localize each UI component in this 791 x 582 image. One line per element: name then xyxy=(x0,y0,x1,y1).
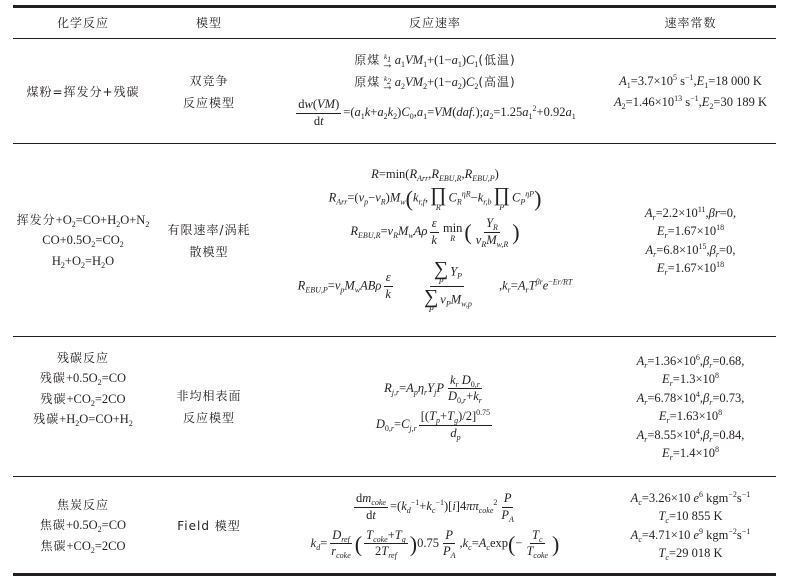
row3-rate: Rj,r=ApηrYjPkr D0,rD0,r+kr D0,r=Cj,r[(Tp… xyxy=(265,338,605,476)
constant-line: Ac=3.26×10 e6 kgm−2s−1 xyxy=(631,492,751,505)
constant-line: Er=1.3×108 xyxy=(662,373,719,386)
rate-eq-ebu-r: REBU,R=vRMwAρεkminR(YRvRMw,R) xyxy=(350,217,519,248)
arrow-icon: k2→ xyxy=(381,77,394,91)
constant-line: Ar=2.2×1011,βr=0, xyxy=(645,207,736,220)
model-text: 散模型 xyxy=(189,246,228,258)
header-rate-constant: 速率常数 xyxy=(605,8,776,38)
raw-coal-label: 原煤 xyxy=(354,53,380,67)
rate-eq-diffusion: D0,r=Cj,r[(Tp+Tg)/2]0.75dp xyxy=(376,410,494,441)
bottom-rule xyxy=(13,573,776,576)
row3-model: 非均相表面 反应模型 xyxy=(153,338,265,476)
constant-line: Tc=10 855 K xyxy=(658,510,722,523)
row2-rate: R=min(RArr,REBU,R,REBU,P) RArr=(vp−vR)Mw… xyxy=(265,145,605,336)
raw-coal-label: 原煤 xyxy=(354,75,380,89)
model-text: 双竞争 xyxy=(189,75,228,87)
row2-constants: Ar=2.2×1011,βr=0, Er=1.67×1018 Ar=6.8×10… xyxy=(605,145,776,336)
constant-line: Er=1.67×1018 xyxy=(657,262,724,275)
row2-model: 有限速率/涡耗 散模型 xyxy=(153,145,265,336)
rate-eq-high-temp: 原煤k2→a2VM2+(1−a2)C2(高温) xyxy=(354,76,515,90)
header-model: 模型 xyxy=(153,8,265,38)
rate-eq-low-temp: 原煤k1→a1VM1+(1−a1)C1(低温) xyxy=(354,54,515,68)
reaction-title: 焦炭反应 xyxy=(57,499,109,511)
rate-eq-surface: Rj,r=ApηrYjPkr D0,rD0,r+kr xyxy=(384,374,486,405)
header-rate: 反应速率 xyxy=(265,8,605,38)
reaction-text: 残碳+H2O=CO+H2 xyxy=(33,413,133,426)
rate-eq-ebu-p: REBU,P=vpMwABρεk∑PYP∑PvPMw,p,kr=ArTβre−E… xyxy=(298,260,573,313)
header-label: 模型 xyxy=(196,17,222,29)
header-reaction: 化学反应 xyxy=(13,8,153,38)
reaction-text: 残碳+0.5O2=CO xyxy=(40,372,126,385)
model-text: Field 模型 xyxy=(177,520,241,532)
constant-line: Ar=1.36×106,βr=0.68, xyxy=(637,355,745,368)
constant-line: Ar=6.78×104,βr=0.73, xyxy=(637,392,745,405)
row1-reaction: 煤粉=挥发分+残碳 xyxy=(13,40,153,143)
rate-eq-coke-mass: dmcokedt=(kd−1+kc−1)[i]4ππcoke2PPA xyxy=(352,492,518,523)
constant-line: A1=3.7×105 s−1,E1=18 000 K xyxy=(619,75,762,88)
reaction-text: 焦碳+0.5O2=CO xyxy=(40,519,126,532)
model-text: 反应模型 xyxy=(183,412,235,424)
arrow-icon: k1→ xyxy=(381,55,394,69)
header-label: 反应速率 xyxy=(409,17,461,29)
row4-model: Field 模型 xyxy=(153,478,265,573)
rate-eq-arrhenius: RArr=(vp−vR)Mw(kr,f,∏RCRηR−kr,b∏PCPηP) xyxy=(329,186,542,211)
row1-constants: A1=3.7×105 s−1,E1=18 000 K A2=1.46×1013 … xyxy=(605,40,776,143)
row4-constants: Ac=3.26×10 e6 kgm−2s−1 Tc=10 855 K Ac=4.… xyxy=(605,478,776,573)
constant-line: Er=1.63×108 xyxy=(659,410,722,423)
low-temp-label: (低温) xyxy=(478,53,515,67)
model-text: 有限速率/涡耗 xyxy=(167,224,250,236)
row3-constants: Ar=1.36×106,βr=0.68, Er=1.3×108 Ar=6.78×… xyxy=(605,338,776,476)
constant-line: Tc=29 018 K xyxy=(658,547,722,560)
reaction-text: 焦碳+CO2=2CO xyxy=(40,540,125,553)
row3-reaction: 残碳反应 残碳+0.5O2=CO 残碳+CO2=2CO 残碳+H2O=CO+H2 xyxy=(13,338,153,476)
header-label: 化学反应 xyxy=(57,17,109,29)
row4-rate: dmcokedt=(kd−1+kc−1)[i]4ππcoke2PPA kd=Dr… xyxy=(265,478,605,573)
reaction-text: CO+0.5O2=CO2 xyxy=(42,234,124,247)
high-temp-label: (高温) xyxy=(478,75,515,89)
rate-eq-min: R=min(RArr,REBU,R,REBU,P) xyxy=(371,168,499,181)
constant-line: Ar=8.55×104,βr=0.84, xyxy=(637,429,745,442)
reaction-title: 残碳反应 xyxy=(57,352,109,364)
reaction-text: 残碳+CO2=2CO xyxy=(40,393,125,406)
reaction-text: H2+O2=H2O xyxy=(52,255,114,268)
header-label: 速率常数 xyxy=(664,17,716,29)
reaction-text: 煤粉=挥发分+残碳 xyxy=(26,86,139,98)
constant-line: A2=1.46×1013 s−1,E2=30 189 K xyxy=(614,96,767,109)
model-text: 反应模型 xyxy=(183,97,235,109)
row1-rate: 原煤k1→a1VM1+(1−a1)C1(低温) 原煤k2→a2VM2+(1−a2… xyxy=(265,40,605,143)
constant-line: Ar=6.8×1015,βr=0, xyxy=(646,244,736,257)
row1-model: 双竞争 反应模型 xyxy=(153,40,265,143)
row2-reaction: 挥发分+O2=CO+H2O+N2 CO+0.5O2=CO2 H2+O2=H2O xyxy=(13,145,153,336)
constant-line: Er=1.4×108 xyxy=(662,447,719,460)
constant-line: Ac=4.71×10 e9 kgm−2s−1 xyxy=(631,529,751,542)
constant-line: Er=1.67×1018 xyxy=(657,225,724,238)
reaction-text: 挥发分+O2=CO+H2O+N2 xyxy=(17,214,150,227)
rate-eq-kd-kc: kd=Drefrcoke(Tcoke+Tg2Tref)0.75PPA,kc=Ac… xyxy=(311,529,560,560)
rate-eq-devol: dw(VM)dt=(a1k+a2k2)C0,a1=VM(daf.);a2=1.2… xyxy=(294,98,575,129)
row4-reaction: 焦炭反应 焦碳+0.5O2=CO 焦碳+CO2=2CO xyxy=(13,478,153,573)
model-text: 非均相表面 xyxy=(176,390,241,402)
